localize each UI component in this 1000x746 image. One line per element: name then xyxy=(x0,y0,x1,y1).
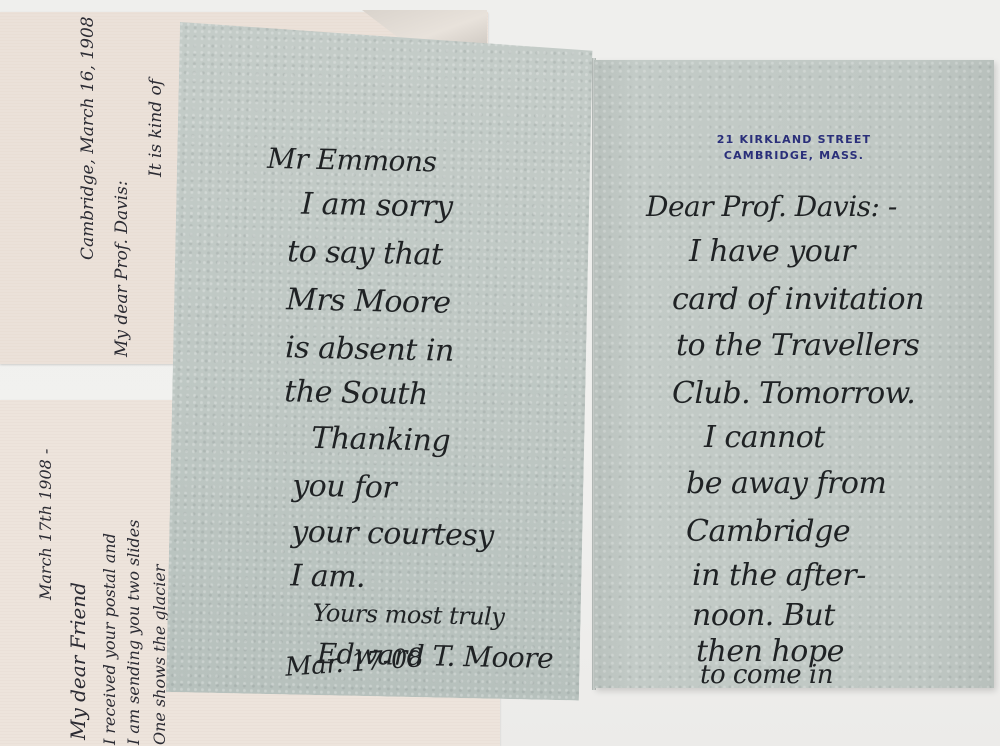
letterhead: 21 KIRKLAND STREET CAMBRIDGE, MASS. xyxy=(594,132,994,164)
notecard-left-page: Mr Emmons I am sorry to say that Mrs Moo… xyxy=(166,22,593,701)
letter-body-line: It is kind of xyxy=(146,79,166,177)
handwritten-line: card of invitation xyxy=(672,282,924,317)
letter-salutation: My dear Friend xyxy=(66,582,90,740)
salutation: Dear Prof. Davis: - xyxy=(646,190,897,223)
handwritten-line: noon. But xyxy=(692,598,835,633)
handwritten-line: I cannot xyxy=(704,420,825,455)
handwritten-line: in the after- xyxy=(692,558,866,593)
letter-body-line: I received your postal and xyxy=(100,533,119,745)
handwritten-line: I am. xyxy=(290,558,365,595)
handwritten-line: is absent in xyxy=(285,330,454,369)
letter-date-line: Cambridge, March 16, 1908 xyxy=(78,16,98,260)
handwritten-line: Thanking xyxy=(311,421,451,459)
handwritten-line: to say that xyxy=(287,234,443,272)
letter-body-line: I am sending you two slides xyxy=(124,520,143,745)
handwritten-line: the South xyxy=(284,374,428,412)
handwritten-line: to come in xyxy=(700,660,833,690)
handwritten-line: be away from xyxy=(686,466,886,501)
letter-date-line: March 17th 1908 - xyxy=(36,449,55,600)
closing-line: Yours most truly xyxy=(312,599,504,631)
handwritten-line: Mr Emmons xyxy=(267,142,437,179)
letter-salutation: My dear Prof. Davis: xyxy=(112,180,132,357)
handwritten-line: your courtesy xyxy=(291,514,494,553)
handwritten-line: Club. Tomorrow. xyxy=(672,376,915,411)
letter-body-line: One shows the glacier xyxy=(150,565,169,746)
handwritten-line: I have your xyxy=(689,234,855,269)
letterhead-city: CAMBRIDGE, MASS. xyxy=(594,148,994,164)
handwritten-line: Cambridge xyxy=(686,514,850,549)
notecard-right-page: 21 KIRKLAND STREET CAMBRIDGE, MASS. Dear… xyxy=(594,60,994,688)
handwritten-line: you for xyxy=(292,468,397,505)
handwritten-line: to the Travellers xyxy=(676,328,919,363)
handwritten-line: I am sorry xyxy=(301,187,453,225)
letterhead-street: 21 KIRKLAND STREET xyxy=(594,132,994,148)
handwritten-line: Mrs Moore xyxy=(286,282,451,320)
